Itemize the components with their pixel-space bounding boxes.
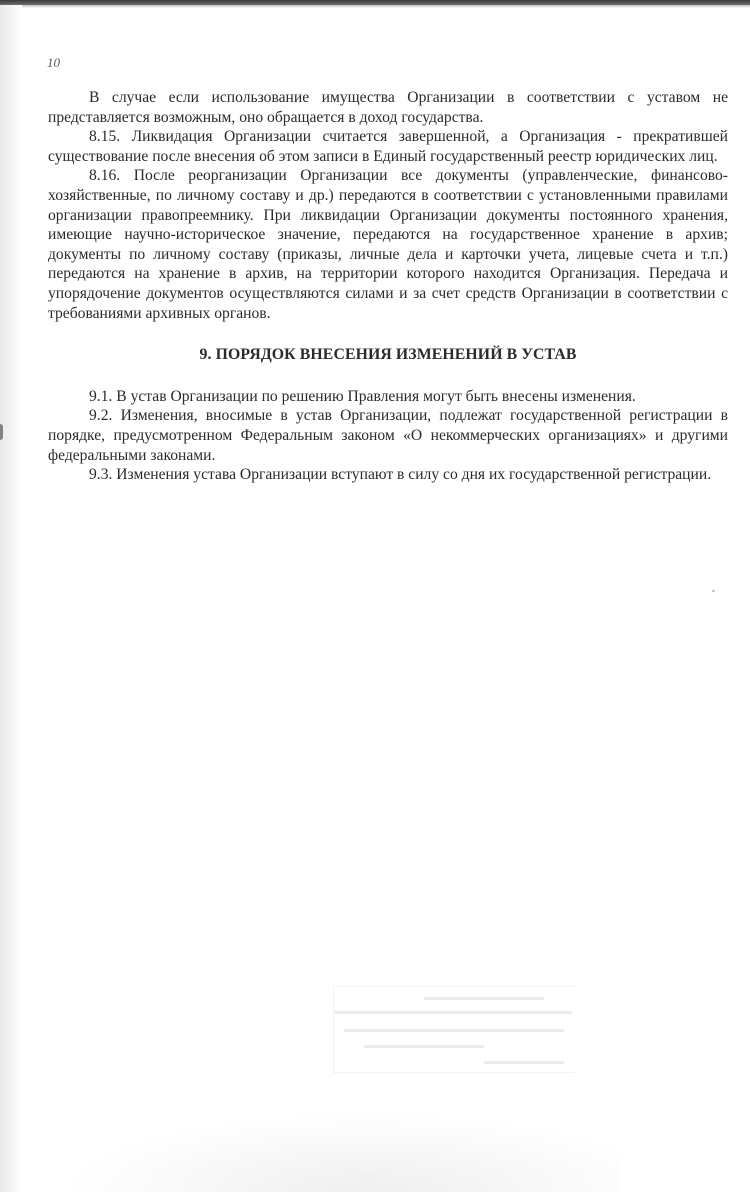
scan-top-shadow	[0, 5, 750, 8]
stamp-text-line	[484, 1061, 564, 1064]
paragraph-9-3: 9.3. Изменения устава Организации вступа…	[48, 465, 728, 485]
stamp-text-line	[364, 1045, 484, 1048]
paragraph-9-1: 9.1. В устав Организации по решению Прав…	[48, 387, 728, 407]
stamp-text-line	[334, 1011, 572, 1014]
paragraph-property-to-state: В случае если использование имущества Ор…	[48, 88, 728, 127]
paragraph-9-2: 9.2. Изменения, вносимые в устав Организ…	[48, 406, 728, 465]
scan-left-shadow	[0, 5, 22, 1192]
scan-speck	[712, 590, 715, 592]
page-number: 10	[47, 55, 60, 71]
paragraph-8-16: 8.16. После реорганизации Организации вс…	[48, 166, 728, 323]
section-9-heading: 9. ПОРЯДОК ВНЕСЕНИЯ ИЗМЕНЕНИЙ В УСТАВ	[48, 345, 728, 365]
stamp-text-line	[424, 997, 544, 1000]
document-body: В случае если использование имущества Ор…	[48, 88, 728, 485]
scan-bottom-shadow	[60, 1112, 620, 1192]
stamp-text-line	[344, 1029, 564, 1032]
paragraph-8-15: 8.15. Ликвидация Организации считается з…	[48, 127, 728, 166]
binding-mark	[0, 424, 3, 440]
registration-stamp	[333, 986, 574, 1073]
